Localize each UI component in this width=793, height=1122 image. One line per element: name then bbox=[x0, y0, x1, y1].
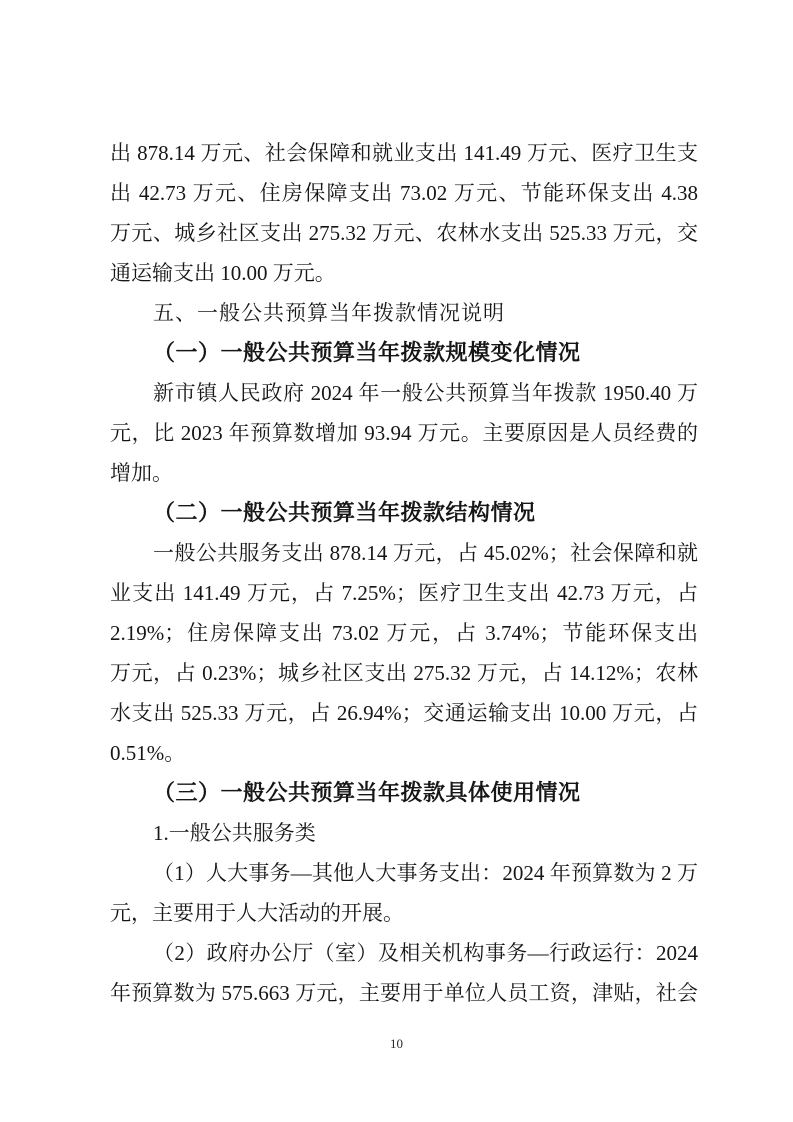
text-line: 出 42.73 万元、住房保障支出 73.02 万元、节能环保支出 4.38 bbox=[110, 173, 698, 213]
text-line: （1）人大事务—其他人大事务支出：2024 年预算数为 2 万 bbox=[110, 853, 698, 893]
document-page: 出 878.14 万元、社会保障和就业支出 141.49 万元、医疗卫生支 出 … bbox=[0, 0, 793, 1122]
subsection-heading-2: （二）一般公共预算当年拨款结构情况 bbox=[110, 493, 698, 533]
list-item-1: 1.一般公共服务类 bbox=[110, 813, 698, 853]
text-line: 业支出 141.49 万元，占 7.25%；医疗卫生支出 42.73 万元，占 bbox=[110, 573, 698, 613]
text-line: 元，比 2023 年预算数增加 93.94 万元。主要原因是人员经费的 bbox=[110, 413, 698, 453]
subsection-heading-1: （一）一般公共预算当年拨款规模变化情况 bbox=[110, 333, 698, 373]
subsection-heading-3: （三）一般公共预算当年拨款具体使用情况 bbox=[110, 773, 698, 813]
text-line: 万元，占 0.23%；城乡社区支出 275.32 万元，占 14.12%；农林 bbox=[110, 653, 698, 693]
text-line: 出 878.14 万元、社会保障和就业支出 141.49 万元、医疗卫生支 bbox=[110, 133, 698, 173]
section-heading-5: 五、一般公共预算当年拨款情况说明 bbox=[110, 293, 698, 333]
text-line: 2.19%；住房保障支出 73.02 万元，占 3.74%；节能环保支出 4.3… bbox=[110, 613, 698, 653]
text-line: 万元、城乡社区支出 275.32 万元、农林水支出 525.33 万元，交 bbox=[110, 213, 698, 253]
text-line: 元，主要用于人大活动的开展。 bbox=[110, 893, 698, 933]
text-line: 增加。 bbox=[110, 453, 698, 493]
text-line: 一般公共服务支出 878.14 万元，占 45.02%；社会保障和就 bbox=[110, 533, 698, 573]
page-number: 10 bbox=[0, 1036, 793, 1052]
text-line: 0.51%。 bbox=[110, 733, 698, 773]
text-line: （2）政府办公厅（室）及相关机构事务—行政运行：2024 bbox=[110, 933, 698, 973]
text-line: 新市镇人民政府 2024 年一般公共预算当年拨款 1950.40 万 bbox=[110, 373, 698, 413]
text-line: 年预算数为 575.663 万元，主要用于单位人员工资，津贴，社会 bbox=[110, 973, 698, 1013]
document-body: 出 878.14 万元、社会保障和就业支出 141.49 万元、医疗卫生支 出 … bbox=[110, 133, 698, 1013]
text-line: 水支出 525.33 万元，占 26.94%；交通运输支出 10.00 万元，占 bbox=[110, 693, 698, 733]
text-line: 通运输支出 10.00 万元。 bbox=[110, 253, 698, 293]
